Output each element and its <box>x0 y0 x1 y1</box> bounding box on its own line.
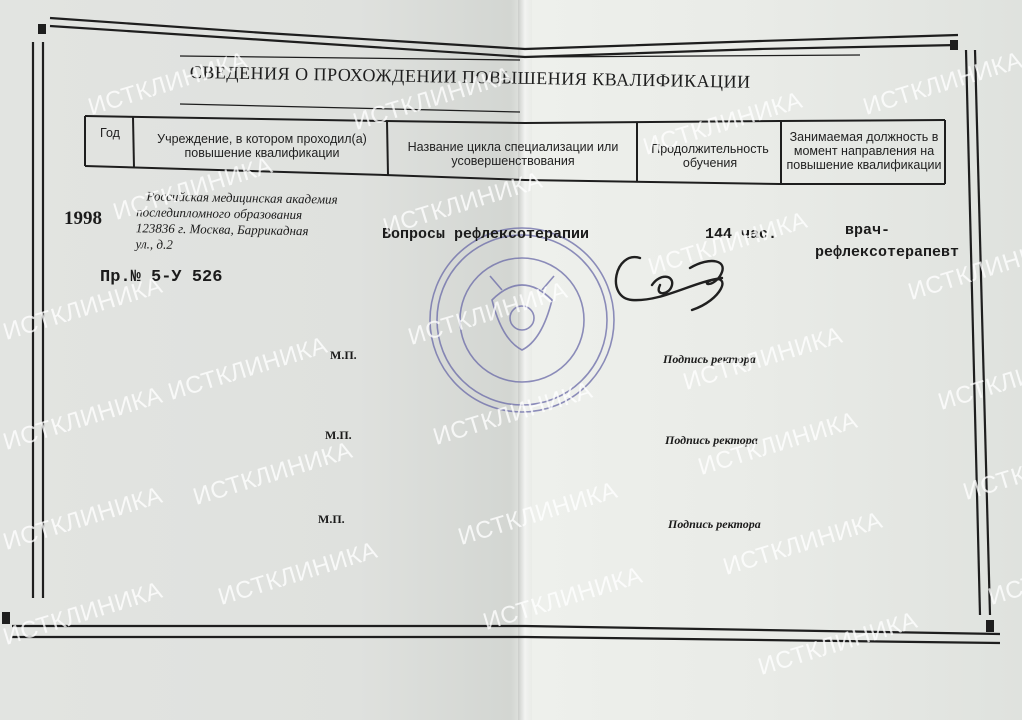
header-cycle-name: Название цикла специализации или усоверш… <box>390 132 636 176</box>
stamp-label-3: М.П. <box>318 512 345 527</box>
order-number: Пр.№ 5-У 526 <box>100 268 222 287</box>
signature-label-3: Подпись ректора <box>668 517 761 532</box>
stamp-label-2: М.П. <box>325 428 352 443</box>
header-position: Занимаемая должность в момент направлени… <box>784 120 944 182</box>
header-institution: Учреждение, в котором проходил(а) повыше… <box>138 126 386 166</box>
row-cycle-name: Вопросы рефлексотерапии <box>382 226 589 243</box>
row-duration: 144 час. <box>705 226 777 243</box>
header-year: Год <box>88 118 132 148</box>
row-position-line2: рефлексотерапевт <box>815 244 959 261</box>
stamp-label-1: М.П. <box>330 348 357 363</box>
rector-signature <box>616 257 723 310</box>
signature-label-2: Подпись ректора <box>665 433 758 448</box>
header-duration: Продолжительность обучения <box>640 134 780 178</box>
row-year: 1998 <box>64 208 102 230</box>
row-institution: Российская медицинская академия последип… <box>135 188 337 256</box>
seal-stamp <box>430 228 614 412</box>
row-position-line1: врач- <box>845 222 890 239</box>
signature-label-1: Подпись ректора <box>663 352 756 367</box>
document-frame <box>0 0 1022 720</box>
